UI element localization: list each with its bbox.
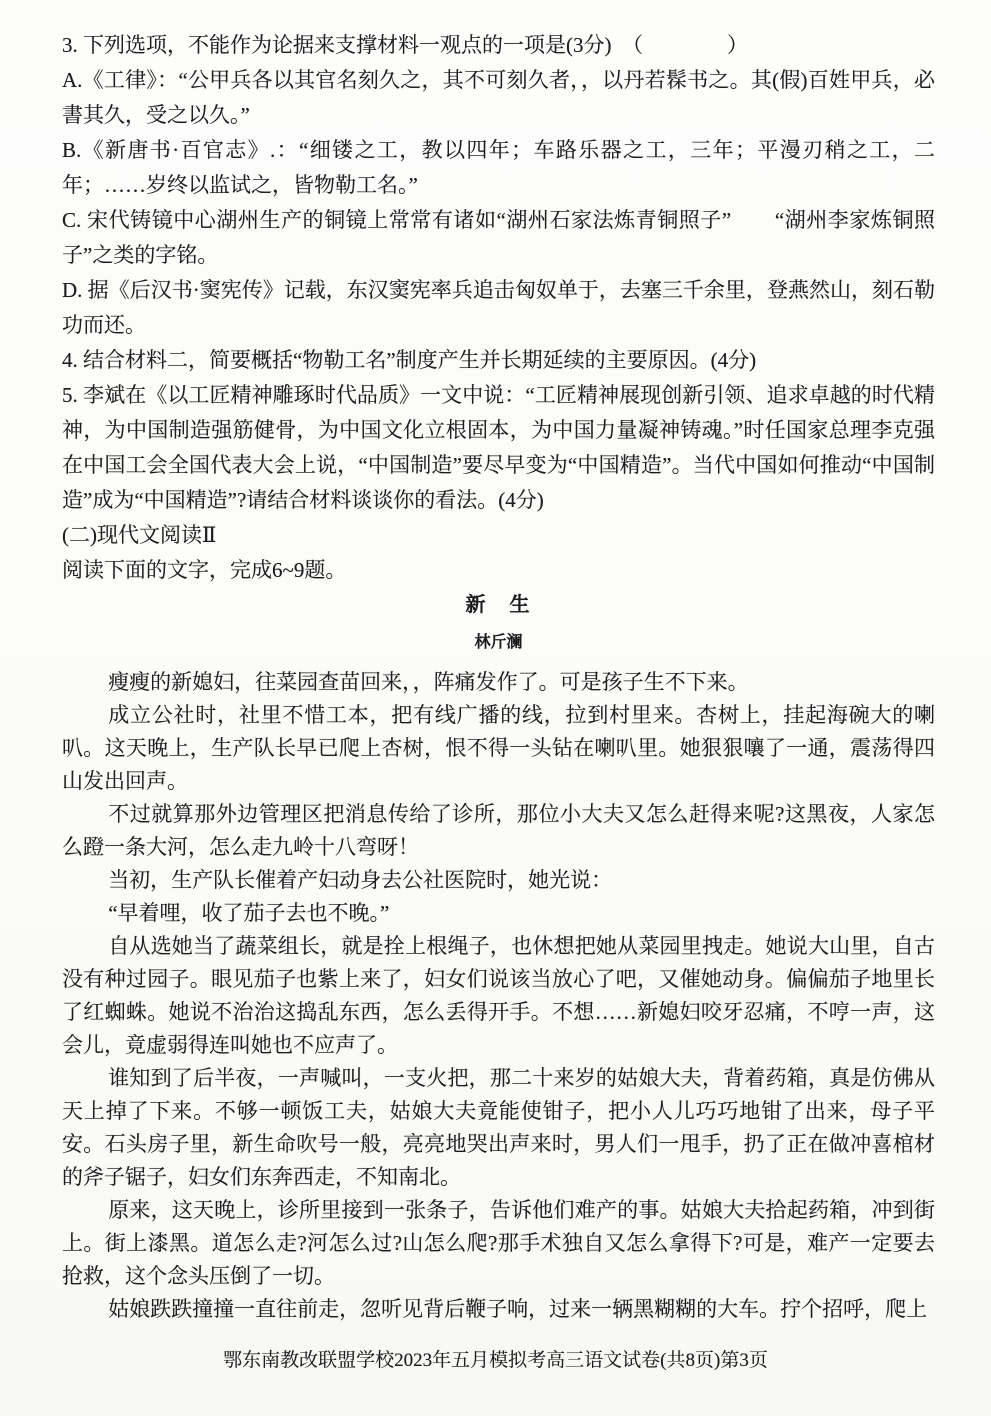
exam-paper-page: 3. 下列选项，不能作为论据来支撑材料一观点的一项是(3分) （ ） A.《工律… [0, 0, 991, 1416]
story-paragraph-3: 不过就算那外边管理区把消息传给了诊所，那位小大夫又怎么赶得来呢?这黑夜，人家怎么… [62, 798, 935, 864]
story-paragraph-5: “早着哩，收了茄子去也不晚。” [62, 897, 935, 930]
question-3-option-c: C. 宋代铸镜中心湖州生产的铜镜上常常有诸如“湖州石家法炼青铜照子” “湖州李家… [62, 203, 935, 273]
story-author: 林斤澜 [62, 628, 935, 658]
section-heading-modern-reading-2: (二)现代文阅读Ⅱ [62, 518, 935, 553]
story-paragraph-4: 当初，生产队长催着产妇动身去公社医院时，她光说： [62, 864, 935, 897]
question-3-option-d: D. 据《后汉书·窦宪传》记载，东汉窦宪率兵追击匈奴单于，去塞三千余里，登燕然山… [62, 273, 935, 343]
story-paragraph-2: 成立公社时，社里不惜工本，把有线广播的线，拉到村里来。杏树上，挂起海碗大的喇叭。… [62, 699, 935, 798]
question-5-stem: 5. 李斌在《以工匠精神雕琢时代品质》一文中说：“工匠精神展现创新引领、追求卓越… [62, 378, 935, 518]
question-3-stem: 3. 下列选项，不能作为论据来支撑材料一观点的一项是(3分) （ ） [62, 28, 935, 63]
story-paragraph-9: 姑娘跌跌撞撞一直往前走，忽听见背后鞭子响，过来一辆黑糊糊的大车。拧个招呼，爬上 [62, 1293, 935, 1326]
story-title: 新 生 [62, 588, 935, 622]
story-paragraph-7: 谁知到了后半夜，一声喊叫，一支火把，那二十来岁的姑娘大夫，背着药箱，真是仿佛从天… [62, 1062, 935, 1194]
reading-instruction: 阅读下面的文字，完成6~9题。 [62, 553, 935, 588]
question-3-block: 3. 下列选项，不能作为论据来支撑材料一观点的一项是(3分) （ ） A.《工律… [62, 28, 935, 343]
question-3-option-a: A.《工律》：“公甲兵各以其官名刻久之，其不可刻久者，，以丹若髹书之。其(假)百… [62, 63, 935, 133]
question-4-stem: 4. 结合材料二，简要概括“物勒工名”制度产生并长期延续的主要原因。(4分) [62, 343, 935, 378]
question-3-option-b: B.《新唐书·百官志》.：“细镂之工，教以四年；车路乐器之工，三年；平漫刃稍之工… [62, 133, 935, 203]
page-footer-text: 鄂东南教改联盟学校2023年五月模拟考高三语文试卷(共8页)第3页 [0, 1348, 991, 1374]
story-paragraph-8: 原来，这天晚上，诊所里接到一张条子，告诉他们难产的事。姑娘大夫拾起药箱，冲到街上… [62, 1194, 935, 1293]
modern-reading-2-block: (二)现代文阅读Ⅱ 阅读下面的文字，完成6~9题。 新 生 林斤澜 瘦瘦的新媳妇… [62, 518, 935, 1326]
page-footer: 鄂东南教改联盟学校2023年五月模拟考高三语文试卷(共8页)第3页 [0, 1348, 991, 1374]
story-paragraph-6: 自从选她当了蔬菜组长，就是拴上根绳子，也休想把她从菜园里拽走。她说大山里，自古没… [62, 930, 935, 1062]
story-paragraph-1: 瘦瘦的新媳妇，往菜园查苗回来，，阵痛发作了。可是孩子生不下来。 [62, 666, 935, 699]
